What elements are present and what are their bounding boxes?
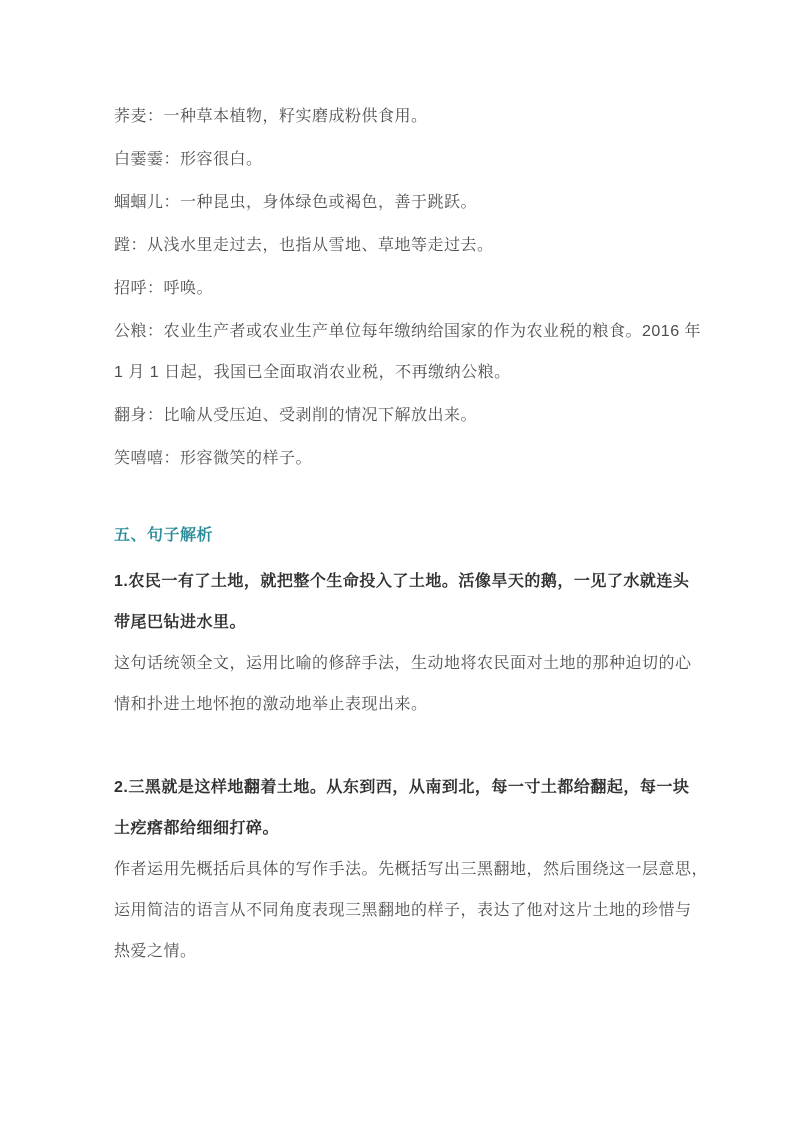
- vocab-entry: 公粮：农业生产者或农业生产单位每年缴纳给国家的作为农业税的粮食。2016 年 1…: [114, 311, 679, 393]
- analysis-line: 作者运用先概括后具体的写作手法。先概括写出三黑翻地，然后围绕这一层意思，: [114, 849, 679, 890]
- analysis-line: 情和扑进土地怀抱的激动地举止表现出来。: [114, 684, 679, 725]
- vocab-entry: 翻身：比喻从受压迫、受剥削的情况下解放出来。: [114, 395, 679, 436]
- vocab-entry: 蝈蝈儿：一种昆虫，身体绿色或褐色，善于跳跃。: [114, 182, 679, 223]
- definition-line: 蹚：从浅水里走过去，也指从雪地、草地等走过去。: [114, 225, 679, 266]
- vocab-entry: 荞麦：一种草本植物，籽实磨成粉供食用。: [114, 96, 679, 137]
- sentence-item-1: 1.农民一有了土地，就把整个生命投入了土地。活像旱天的鹅，一见了水就连头 带尾巴…: [114, 561, 679, 643]
- analysis-line: 这句话统领全文，运用比喻的修辞手法，生动地将农民面对土地的那种迫切的心: [114, 643, 679, 684]
- analysis-line: 运用简洁的语言从不同角度表现三黑翻地的样子，表达了他对这片土地的珍惜与: [114, 890, 679, 931]
- definition-line: 1 月 1 日起，我国已全面取消农业税，不再缴纳公粮。: [114, 352, 679, 393]
- vocabulary-section: 荞麦：一种草本植物，籽实磨成粉供食用。 白霎霎：形容很白。 蝈蝈儿：一种昆虫，身…: [114, 96, 679, 479]
- sentence-analysis-section: 五、句子解析 1.农民一有了土地，就把整个生命投入了土地。活像旱天的鹅，一见了水…: [114, 515, 679, 972]
- analysis-paragraph-1: 这句话统领全文，运用比喻的修辞手法，生动地将农民面对土地的那种迫切的心 情和扑进…: [114, 643, 679, 725]
- vocab-entry: 招呼：呼唤。: [114, 268, 679, 309]
- definition-line: 蝈蝈儿：一种昆虫，身体绿色或褐色，善于跳跃。: [114, 182, 679, 223]
- vocab-entry: 蹚：从浅水里走过去，也指从雪地、草地等走过去。: [114, 225, 679, 266]
- definition-line: 白霎霎：形容很白。: [114, 139, 679, 180]
- sentence-line: 2.三黑就是这样地翻着土地。从东到西，从南到北，每一寸土都给翻起，每一块: [114, 767, 679, 808]
- sentence-line: 1.农民一有了土地，就把整个生命投入了土地。活像旱天的鹅，一见了水就连头: [114, 561, 679, 602]
- definition-line: 笑嘻嘻：形容微笑的样子。: [114, 438, 679, 479]
- definition-line: 公粮：农业生产者或农业生产单位每年缴纳给国家的作为农业税的粮食。2016 年: [114, 311, 679, 352]
- section-heading: 五、句子解析: [114, 515, 679, 556]
- sentence-line: 带尾巴钻进水里。: [114, 602, 679, 643]
- sentence-item-2: 2.三黑就是这样地翻着土地。从东到西，从南到北，每一寸土都给翻起，每一块 土疙瘩…: [114, 767, 679, 849]
- definition-line: 荞麦：一种草本植物，籽实磨成粉供食用。: [114, 96, 679, 137]
- definition-line: 翻身：比喻从受压迫、受剥削的情况下解放出来。: [114, 395, 679, 436]
- document-page: 荞麦：一种草本植物，籽实磨成粉供食用。 白霎霎：形容很白。 蝈蝈儿：一种昆虫，身…: [0, 0, 793, 1122]
- analysis-paragraph-2: 作者运用先概括后具体的写作手法。先概括写出三黑翻地，然后围绕这一层意思， 运用简…: [114, 849, 679, 972]
- sentence-line: 土疙瘩都给细细打碎。: [114, 808, 679, 849]
- analysis-line: 热爱之情。: [114, 931, 679, 972]
- vocab-entry: 笑嘻嘻：形容微笑的样子。: [114, 438, 679, 479]
- vocab-entry: 白霎霎：形容很白。: [114, 139, 679, 180]
- definition-line: 招呼：呼唤。: [114, 268, 679, 309]
